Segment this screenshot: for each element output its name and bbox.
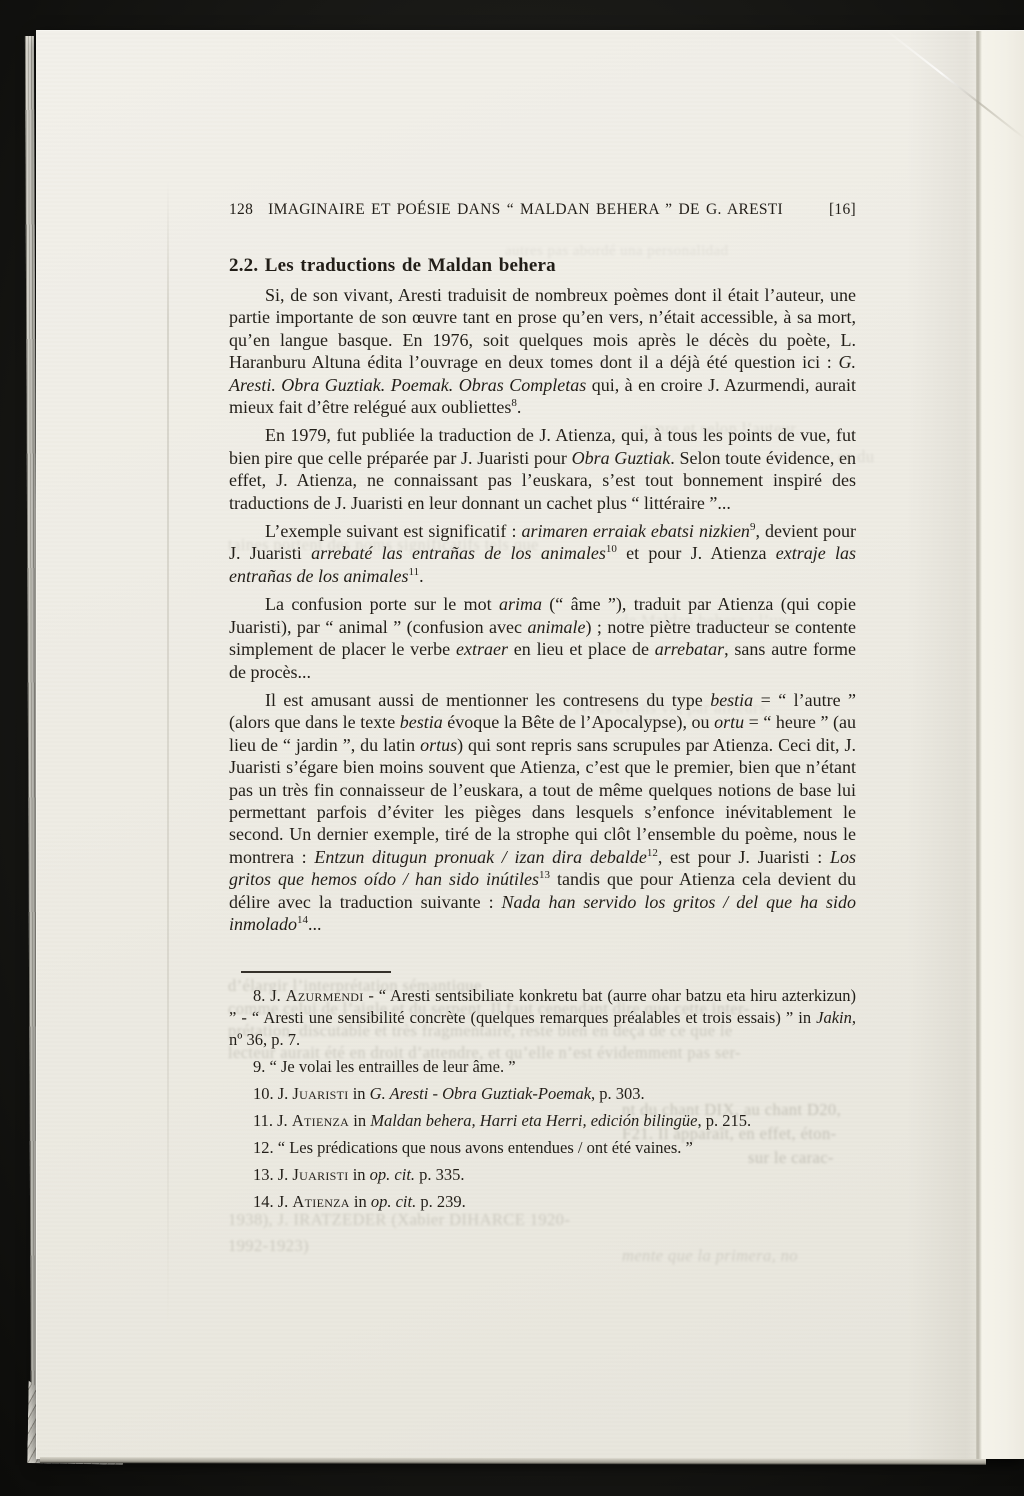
page-number: 128	[229, 200, 253, 220]
italic-run: ortu	[714, 712, 744, 732]
header-issue-ref: [16]	[829, 200, 856, 220]
footnote-ref: 9	[750, 521, 756, 533]
footnote: 9. “ Je volai les entrailles de leur âme…	[229, 1056, 856, 1078]
paragraph: Si, de son vivant, Aresti traduisit de n…	[229, 284, 856, 418]
book-scan-photo: 128 IMAGINAIRE ET POÉSIE DANS “ MALDAN B…	[0, 0, 1024, 1496]
footnote: 13. J. Juaristi in op. cit. p. 335.	[229, 1164, 856, 1186]
footnote: 11. J. Atienza in Maldan behera, Harri e…	[229, 1110, 856, 1132]
italic-run: Maldan behera, Harri eta Herri, edición …	[370, 1111, 697, 1130]
italic-run: bestia	[710, 690, 753, 710]
italic-run: Jakin	[816, 1008, 852, 1027]
italic-run: op. cit.	[371, 1192, 416, 1211]
italic-run: Obra Guztiak	[572, 448, 671, 468]
italic-run: ortus	[420, 735, 457, 755]
italic-run: G. Aresti. Obra Guztiak. Poemak. Obras C…	[229, 352, 856, 394]
section-heading: 2.2. Les traductions de Maldan behera	[229, 254, 856, 278]
italic-run: Entzun ditugun pronuak / izan dira debal…	[314, 847, 646, 867]
italic-run: G. Aresti - Obra Guztiak-Poemak	[370, 1084, 591, 1103]
small-caps-name: Juaristi	[292, 1165, 348, 1184]
footnote-ref: 11	[409, 566, 420, 578]
italic-run: Nada han servido los gritos / del que ha…	[229, 892, 856, 934]
paragraph: Il est amusant aussi de mentionner les c…	[229, 689, 856, 935]
footnote-ref: 10	[606, 543, 617, 555]
footnote-ref: 12	[647, 847, 658, 859]
small-caps-name: Atienza	[292, 1192, 349, 1211]
footnote: 8. J. Azurmendi - “ Aresti sentsibiliate…	[229, 985, 856, 1051]
footnote-ref: 14	[297, 914, 308, 926]
footnote-separator	[241, 971, 391, 973]
next-page-edge	[976, 31, 1024, 1459]
page-bottom-edge	[40, 1457, 986, 1465]
italic-run: extraer	[456, 639, 508, 659]
footnote: 10. J. Juaristi in G. Aresti - Obra Guzt…	[229, 1083, 856, 1105]
italic-run: arrebatar	[655, 639, 724, 659]
page-content: 128 IMAGINAIRE ET POÉSIE DANS “ MALDAN B…	[229, 200, 856, 1218]
running-header: 128 IMAGINAIRE ET POÉSIE DANS “ MALDAN B…	[229, 200, 856, 220]
footnote: 14. J. Atienza in op. cit. p. 239.	[229, 1191, 856, 1213]
body-paragraphs: Si, de son vivant, Aresti traduisit de n…	[229, 284, 856, 935]
footnote: 12. “ Les prédications que nous avons en…	[229, 1137, 856, 1159]
footnote-ref: 8	[511, 397, 517, 409]
paragraph: La confusion porte sur le mot arima (“ â…	[229, 593, 856, 683]
italic-run: arimaren erraiak ebatsi nizkien	[522, 521, 750, 541]
footnote-ref: 13	[539, 869, 550, 881]
italic-run: animale	[527, 617, 585, 637]
italic-run: bestia	[400, 712, 443, 732]
small-caps-name: Azurmendi	[286, 986, 364, 1005]
paragraph: En 1979, fut publiée la traduction de J.…	[229, 424, 856, 514]
small-caps-name: Juaristi	[292, 1084, 348, 1103]
small-caps-name: Atienza	[292, 1111, 349, 1130]
book-page: 128 IMAGINAIRE ET POÉSIE DANS “ MALDAN B…	[36, 30, 1024, 1459]
italic-run: arrebaté las entrañas de los animales	[311, 543, 606, 563]
paragraph: L’exemple suivant est significatif : ari…	[229, 520, 856, 587]
italic-run: op. cit.	[370, 1165, 415, 1184]
under-sheet-edge-line	[167, 181, 169, 1331]
italic-run: arima	[499, 594, 542, 614]
running-title: IMAGINAIRE ET POÉSIE DANS “ MALDAN BEHER…	[268, 200, 829, 220]
footnotes: 8. J. Azurmendi - “ Aresti sentsibiliate…	[229, 985, 856, 1213]
